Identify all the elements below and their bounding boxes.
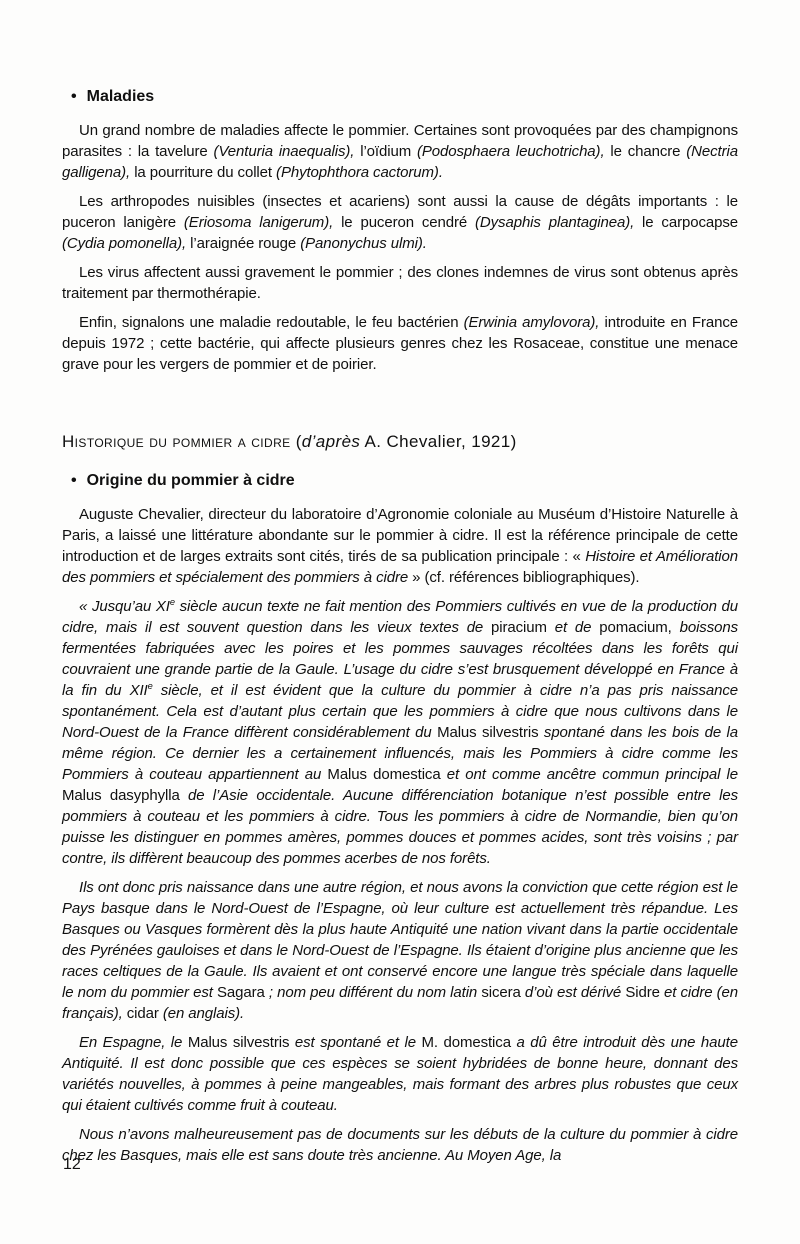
document-page: •MaladiesUn grand nombre de maladies aff… bbox=[0, 0, 800, 1244]
text-run: sicera bbox=[481, 984, 520, 1001]
text-run: pomacium, bbox=[599, 619, 671, 636]
paragraph: Nous n’avons malheureusement pas de docu… bbox=[62, 1124, 738, 1166]
text-run: (Eriosoma lanigerum), bbox=[184, 214, 333, 231]
text-run: d’où est dérivé bbox=[521, 984, 626, 1001]
text-run: (Phytophthora cactorum). bbox=[276, 164, 443, 181]
text-run: piracium bbox=[491, 619, 547, 636]
text-run: et ont comme ancêtre commun principal le bbox=[441, 766, 738, 783]
text-run: Enfin, signalons une maladie redoutable,… bbox=[79, 314, 464, 331]
text-run: (en anglais). bbox=[159, 1005, 244, 1022]
text-run: Ils ont donc pris naissance dans une aut… bbox=[62, 879, 738, 1001]
text-run: Sidre bbox=[625, 984, 660, 1001]
paragraph: En Espagne, le Malus silvestris est spon… bbox=[62, 1032, 738, 1116]
text-run: et de bbox=[547, 619, 599, 636]
text-run: A. Chevalier, 1921) bbox=[360, 432, 516, 451]
text-run: le puceron cendré bbox=[333, 214, 475, 231]
text-run: Historique du pommier a cidre bbox=[62, 432, 291, 451]
text-run: (Cydia pomonella), bbox=[62, 235, 186, 252]
text-run: ( bbox=[291, 432, 302, 451]
bullet-icon: • bbox=[71, 88, 77, 105]
text-run: Nous n’avons malheureusement pas de docu… bbox=[62, 1126, 738, 1164]
bullet-heading: •Origine du pommier à cidre bbox=[62, 470, 738, 491]
paragraph: Ils ont donc pris naissance dans une aut… bbox=[62, 877, 738, 1024]
paragraph: « Jusqu’au XIe siècle aucun texte ne fai… bbox=[62, 596, 738, 869]
text-run: le carpocapse bbox=[634, 214, 738, 231]
text-run: Malus dasyphylla bbox=[62, 787, 180, 804]
heading-text: Origine du pommier à cidre bbox=[87, 472, 295, 489]
text-run: Malus silvestris bbox=[188, 1034, 290, 1051]
section-heading: Historique du pommier a cidre (d’après A… bbox=[62, 431, 738, 453]
text-run: (Erwinia amylovora), bbox=[464, 314, 600, 331]
text-run: le chancre bbox=[605, 143, 687, 160]
text-run: l’araignée rouge bbox=[186, 235, 300, 252]
text-run: cidar bbox=[127, 1005, 159, 1022]
text-run: l’oïdium bbox=[354, 143, 417, 160]
text-run: M. domestica bbox=[421, 1034, 510, 1051]
paragraph: Un grand nombre de maladies affecte le p… bbox=[62, 120, 738, 183]
text-run: est spontané et le bbox=[289, 1034, 421, 1051]
text-run: ; nom peu différent du nom latin bbox=[265, 984, 482, 1001]
text-run: En Espagne, le bbox=[79, 1034, 188, 1051]
text-run: Malus domestica bbox=[327, 766, 440, 783]
text-run: » (cf. références bibliographiques). bbox=[408, 569, 639, 586]
text-run: la pourriture du collet bbox=[130, 164, 276, 181]
bullet-heading: •Maladies bbox=[62, 86, 738, 107]
text-run: « Jusqu’au XI bbox=[79, 598, 170, 615]
paragraph: Enfin, signalons une maladie redoutable,… bbox=[62, 312, 738, 375]
paragraph: Les virus affectent aussi gravement le p… bbox=[62, 262, 738, 304]
heading-text: Maladies bbox=[87, 88, 155, 105]
paragraph: Les arthropodes nuisibles (insectes et a… bbox=[62, 191, 738, 254]
page-number: 12 bbox=[63, 1156, 81, 1174]
paragraph: Auguste Chevalier, directeur du laborato… bbox=[62, 504, 738, 588]
text-run: (Podosphaera leuchotricha), bbox=[417, 143, 605, 160]
text-run: Sagara bbox=[217, 984, 265, 1001]
bullet-icon: • bbox=[71, 472, 77, 489]
text-run: (Panonychus ulmi). bbox=[300, 235, 427, 252]
text-run: (Venturia inaequalis), bbox=[214, 143, 355, 160]
text-run: (Dysaphis plantaginea), bbox=[475, 214, 634, 231]
page-content: •MaladiesUn grand nombre de maladies aff… bbox=[62, 86, 738, 1174]
text-run: d’après bbox=[302, 432, 361, 451]
text-run: Les virus affectent aussi gravement le p… bbox=[62, 264, 738, 302]
text-run: Malus silvestris bbox=[437, 724, 538, 741]
